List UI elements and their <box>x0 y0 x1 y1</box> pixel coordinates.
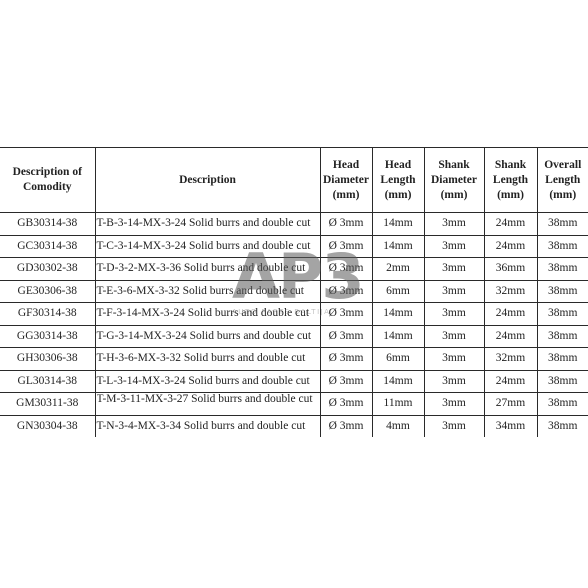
cell-description: T-F-3-14-MX-3-24 Solid burrs and double … <box>95 303 320 326</box>
cell-shank-diameter: 3mm <box>424 393 484 416</box>
header-commodity: Description of Comodity <box>0 148 95 213</box>
cell-head-diameter: Ø 3mm <box>320 325 372 348</box>
cell-shank-length: 24mm <box>484 235 537 258</box>
header-description: Description <box>95 148 320 213</box>
cell-overall-length: 38mm <box>537 213 588 236</box>
cell-description: T-D-3-2-MX-3-36 Solid burrs and double c… <box>95 258 320 281</box>
cell-code: GE30306-38 <box>0 280 95 303</box>
cell-code: GH30306-38 <box>0 348 95 371</box>
cell-head-diameter: Ø 3mm <box>320 348 372 371</box>
cell-head-diameter: Ø 3mm <box>320 303 372 326</box>
cell-shank-diameter: 3mm <box>424 280 484 303</box>
cell-shank-diameter: 3mm <box>424 415 484 437</box>
cell-shank-length: 24mm <box>484 303 537 326</box>
cell-overall-length: 38mm <box>537 303 588 326</box>
cell-code: GN30304-38 <box>0 415 95 437</box>
cell-shank-length: 27mm <box>484 393 537 416</box>
table-row: GH30306-38T-H-3-6-MX-3-32 Solid burrs an… <box>0 348 588 371</box>
cell-code: GL30314-38 <box>0 370 95 393</box>
header-head-diameter: Head Diameter (mm) <box>320 148 372 213</box>
cell-description: T-H-3-6-MX-3-32 Solid burrs and double c… <box>95 348 320 371</box>
cell-code: GB30314-38 <box>0 213 95 236</box>
cell-overall-length: 38mm <box>537 280 588 303</box>
cell-overall-length: 38mm <box>537 348 588 371</box>
cell-description: T-M-3-11-MX-3-27 Solid burrs and double … <box>95 393 320 416</box>
cell-shank-diameter: 3mm <box>424 213 484 236</box>
cell-head-diameter: Ø 3mm <box>320 370 372 393</box>
cell-description: T-N-3-4-MX-3-34 Solid burrs and double c… <box>95 415 320 437</box>
cell-shank-diameter: 3mm <box>424 258 484 281</box>
cell-description: T-G-3-14-MX-3-24 Solid burrs and double … <box>95 325 320 348</box>
cell-head-length: 2mm <box>372 258 424 281</box>
cell-head-diameter: Ø 3mm <box>320 235 372 258</box>
cell-description: T-E-3-6-MX-3-32 Solid burrs and double c… <box>95 280 320 303</box>
table-row: GB30314-38T-B-3-14-MX-3-24 Solid burrs a… <box>0 213 588 236</box>
cell-shank-length: 34mm <box>484 415 537 437</box>
header-shank-diameter: Shank Diameter (mm) <box>424 148 484 213</box>
cell-head-diameter: Ø 3mm <box>320 280 372 303</box>
cell-description: T-B-3-14-MX-3-24 Solid burrs and double … <box>95 213 320 236</box>
cell-head-diameter: Ø 3mm <box>320 415 372 437</box>
table-row: GM30311-38T-M-3-11-MX-3-27 Solid burrs a… <box>0 393 588 416</box>
cell-description: T-C-3-14-MX-3-24 Solid burrs and double … <box>95 235 320 258</box>
cell-code: GG30314-38 <box>0 325 95 348</box>
cell-head-length: 14mm <box>372 370 424 393</box>
cell-description-text: T-M-3-11-MX-3-27 Solid burrs and double … <box>97 393 320 414</box>
table-row: GN30304-38T-N-3-4-MX-3-34 Solid burrs an… <box>0 415 588 437</box>
table-header-row: Description of Comodity Description Head… <box>0 148 588 213</box>
cell-shank-length: 24mm <box>484 213 537 236</box>
cell-shank-diameter: 3mm <box>424 235 484 258</box>
table-row: GE30306-38T-E-3-6-MX-3-32 Solid burrs an… <box>0 280 588 303</box>
cell-head-diameter: Ø 3mm <box>320 258 372 281</box>
header-shank-length: Shank Length (mm) <box>484 148 537 213</box>
cell-code: GC30314-38 <box>0 235 95 258</box>
cell-head-diameter: Ø 3mm <box>320 393 372 416</box>
cell-code: GM30311-38 <box>0 393 95 416</box>
product-spec-table: Description of Comodity Description Head… <box>0 147 588 437</box>
table-row: GG30314-38T-G-3-14-MX-3-24 Solid burrs a… <box>0 325 588 348</box>
cell-overall-length: 38mm <box>537 393 588 416</box>
cell-head-length: 6mm <box>372 280 424 303</box>
cell-shank-diameter: 3mm <box>424 348 484 371</box>
cell-shank-length: 36mm <box>484 258 537 281</box>
cell-overall-length: 38mm <box>537 370 588 393</box>
header-head-length: Head Length (mm) <box>372 148 424 213</box>
cell-head-length: 14mm <box>372 325 424 348</box>
cell-head-length: 4mm <box>372 415 424 437</box>
cell-shank-diameter: 3mm <box>424 325 484 348</box>
table-row: GL30314-38T-L-3-14-MX-3-24 Solid burrs a… <box>0 370 588 393</box>
cell-description: T-L-3-14-MX-3-24 Solid burrs and double … <box>95 370 320 393</box>
cell-head-length: 6mm <box>372 348 424 371</box>
cell-shank-length: 32mm <box>484 348 537 371</box>
table-row: GC30314-38T-C-3-14-MX-3-24 Solid burrs a… <box>0 235 588 258</box>
cell-shank-length: 32mm <box>484 280 537 303</box>
cell-overall-length: 38mm <box>537 325 588 348</box>
cell-overall-length: 38mm <box>537 415 588 437</box>
header-overall-length: Overall Length (mm) <box>537 148 588 213</box>
cell-shank-diameter: 3mm <box>424 303 484 326</box>
cell-code: GF30314-38 <box>0 303 95 326</box>
cell-shank-length: 24mm <box>484 325 537 348</box>
cell-code: GD30302-38 <box>0 258 95 281</box>
cell-head-diameter: Ø 3mm <box>320 213 372 236</box>
cell-shank-diameter: 3mm <box>424 370 484 393</box>
cell-head-length: 11mm <box>372 393 424 416</box>
cell-head-length: 14mm <box>372 303 424 326</box>
table-row: GF30314-38T-F-3-14-MX-3-24 Solid burrs a… <box>0 303 588 326</box>
cell-shank-length: 24mm <box>484 370 537 393</box>
cell-overall-length: 38mm <box>537 258 588 281</box>
cell-head-length: 14mm <box>372 213 424 236</box>
cell-overall-length: 38mm <box>537 235 588 258</box>
cell-head-length: 14mm <box>372 235 424 258</box>
table-row: GD30302-38T-D-3-2-MX-3-36 Solid burrs an… <box>0 258 588 281</box>
